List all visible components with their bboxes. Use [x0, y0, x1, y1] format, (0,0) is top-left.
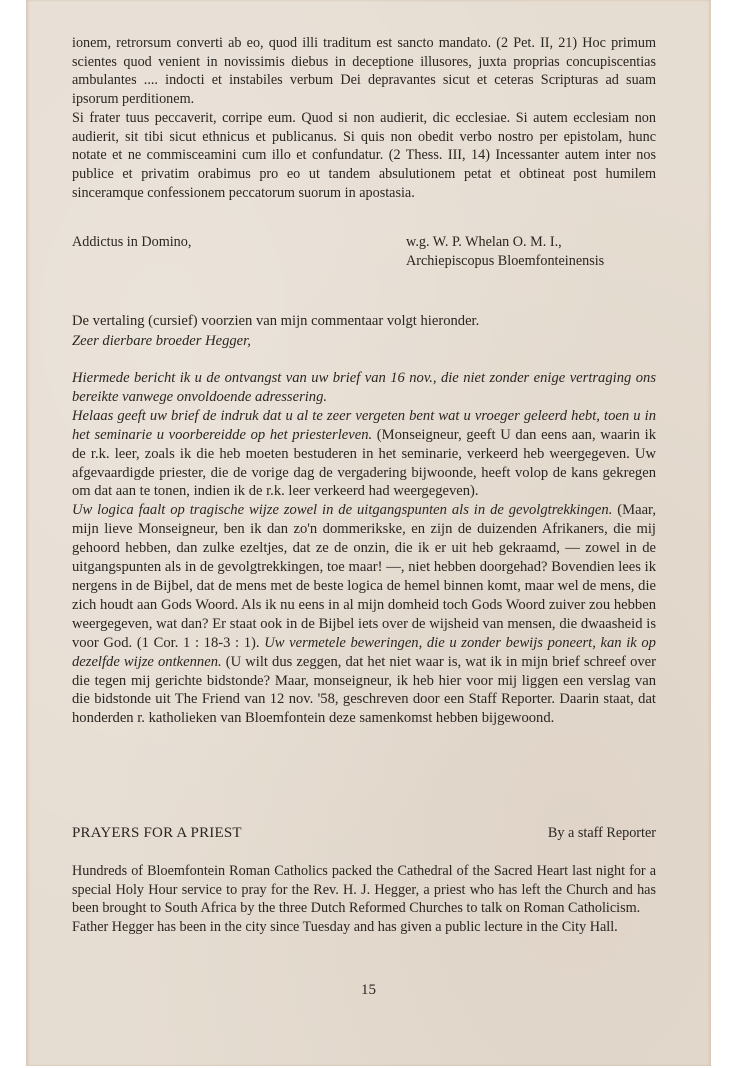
letter-closing: Addictus in Domino, — [72, 233, 191, 252]
article-paragraph-2: Father Hegger has been in the city since… — [72, 918, 656, 937]
signature-title: Archiepiscopus Bloemfonteinensis — [406, 253, 604, 269]
article-headline: PRAYERS FOR A PRIEST — [72, 825, 242, 842]
latin-letter-body: ionem, retrorsum converti ab eo, quod il… — [72, 34, 656, 202]
page-number: 15 — [26, 982, 711, 999]
translation-paragraph-2: Helaas geeft uw brief de indruk dat u al… — [72, 407, 656, 502]
translation-paragraph-3: Uw logica faalt op tragische wijze zowel… — [72, 501, 656, 728]
document-page: ionem, retrorsum converti ab eo, quod il… — [26, 0, 711, 1066]
article-paragraph-1: Hundreds of Bloemfontein Roman Catholics… — [72, 862, 656, 918]
translation-paragraph-3-italic: Uw logica faalt op tragische wijze zowel… — [72, 502, 612, 518]
article-body: Hundreds of Bloemfontein Roman Catholics… — [72, 862, 656, 937]
translation-paragraph-3-comment: (Maar, mijn lieve Monseigneur, ben ik da… — [72, 502, 656, 650]
letter-signature: w.g. W. P. Whelan O. M. I., Archiepiscop… — [406, 233, 604, 270]
article-byline: By a staff Reporter — [548, 825, 656, 842]
latin-paragraph-2: Si frater tuus peccaverit, corripe eum. … — [72, 109, 656, 203]
signature-name: w.g. W. P. Whelan O. M. I., — [406, 234, 562, 250]
translation-body: Hiermede bericht ik u de ontvangst van u… — [72, 369, 656, 728]
translation-intro-block: De vertaling (cursief) voorzien van mijn… — [72, 311, 656, 351]
latin-paragraph-1: ionem, retrorsum converti ab eo, quod il… — [72, 34, 656, 109]
translation-paragraph-1: Hiermede bericht ik u de ontvangst van u… — [72, 369, 656, 407]
translation-intro: De vertaling (cursief) voorzien van mijn… — [72, 311, 656, 331]
translation-salutation: Zeer dierbare broeder Hegger, — [72, 331, 656, 351]
